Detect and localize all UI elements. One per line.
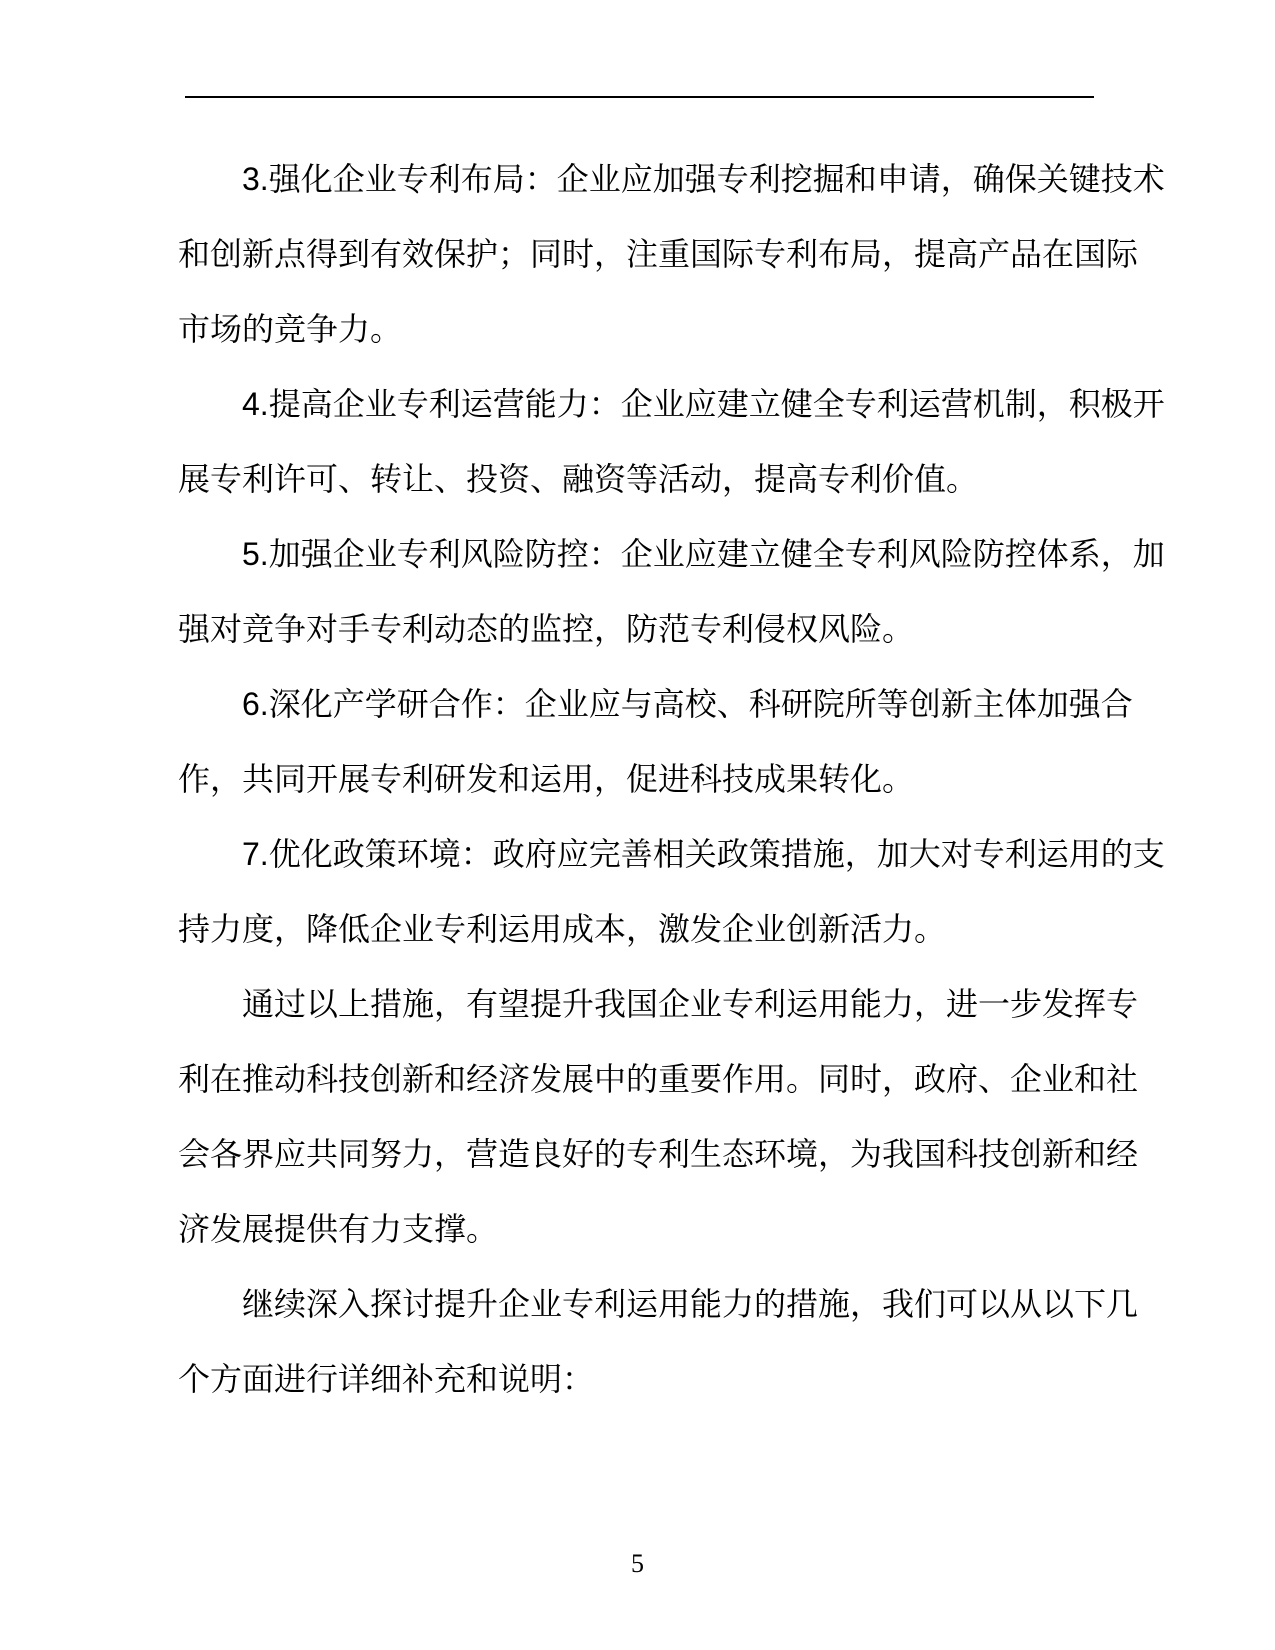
- page-number: 5: [631, 1549, 644, 1578]
- text-line: 持力度，降低企业专利运用成本，激发企业创新活力。: [178, 892, 1094, 967]
- text-line: 强对竞争对手专利动态的监控，防范专利侵权风险。: [178, 592, 1094, 667]
- header-rule: [185, 96, 1094, 98]
- text-line: 利在推动科技创新和经济发展中的重要作用。同时，政府、企业和社: [178, 1042, 1094, 1117]
- text-line: 展专利许可、转让、投资、融资等活动，提高专利价值。: [178, 442, 1094, 517]
- text-line: 4.提高企业专利运营能力：企业应建立健全专利运营机制，积极开: [178, 367, 1094, 442]
- paragraph-point-3: 3.强化企业专利布局：企业应加强专利挖掘和申请，确保关键技术和创新点得到有效保护…: [178, 142, 1094, 367]
- paragraph-point-4: 4.提高企业专利运营能力：企业应建立健全专利运营机制，积极开展专利许可、转让、投…: [178, 367, 1094, 517]
- document-page: 3.强化企业专利布局：企业应加强专利挖掘和申请，确保关键技术和创新点得到有效保护…: [0, 0, 1275, 1650]
- document-body: 3.强化企业专利布局：企业应加强专利挖掘和申请，确保关键技术和创新点得到有效保护…: [178, 142, 1094, 1417]
- text-line: 个方面进行详细补充和说明：: [178, 1342, 1094, 1417]
- text-line: 作，共同开展专利研发和运用，促进科技成果转化。: [178, 742, 1094, 817]
- text-line: 济发展提供有力支撑。: [178, 1192, 1094, 1267]
- paragraph-point-5: 5.加强企业专利风险防控：企业应建立健全专利风险防控体系，加强对竞争对手专利动态…: [178, 517, 1094, 667]
- text-line: 和创新点得到有效保护；同时，注重国际专利布局，提高产品在国际: [178, 217, 1094, 292]
- text-line: 3.强化企业专利布局：企业应加强专利挖掘和申请，确保关键技术: [178, 142, 1094, 217]
- paragraph-transition: 继续深入探讨提升企业专利运用能力的措施，我们可以从以下几个方面进行详细补充和说明…: [178, 1267, 1094, 1417]
- text-line: 通过以上措施，有望提升我国企业专利运用能力，进一步发挥专: [178, 967, 1094, 1042]
- text-line: 6.深化产学研合作：企业应与高校、科研院所等创新主体加强合: [178, 667, 1094, 742]
- paragraph-point-7: 7.优化政策环境：政府应完善相关政策措施，加大对专利运用的支持力度，降低企业专利…: [178, 817, 1094, 967]
- paragraph-point-6: 6.深化产学研合作：企业应与高校、科研院所等创新主体加强合作，共同开展专利研发和…: [178, 667, 1094, 817]
- text-line: 市场的竞争力。: [178, 292, 1094, 367]
- text-line: 会各界应共同努力，营造良好的专利生态环境，为我国科技创新和经: [178, 1117, 1094, 1192]
- page-footer: 5: [0, 1548, 1275, 1580]
- text-line: 继续深入探讨提升企业专利运用能力的措施，我们可以从以下几: [178, 1267, 1094, 1342]
- text-line: 5.加强企业专利风险防控：企业应建立健全专利风险防控体系，加: [178, 517, 1094, 592]
- paragraph-summary: 通过以上措施，有望提升我国企业专利运用能力，进一步发挥专利在推动科技创新和经济发…: [178, 967, 1094, 1267]
- text-line: 7.优化政策环境：政府应完善相关政策措施，加大对专利运用的支: [178, 817, 1094, 892]
